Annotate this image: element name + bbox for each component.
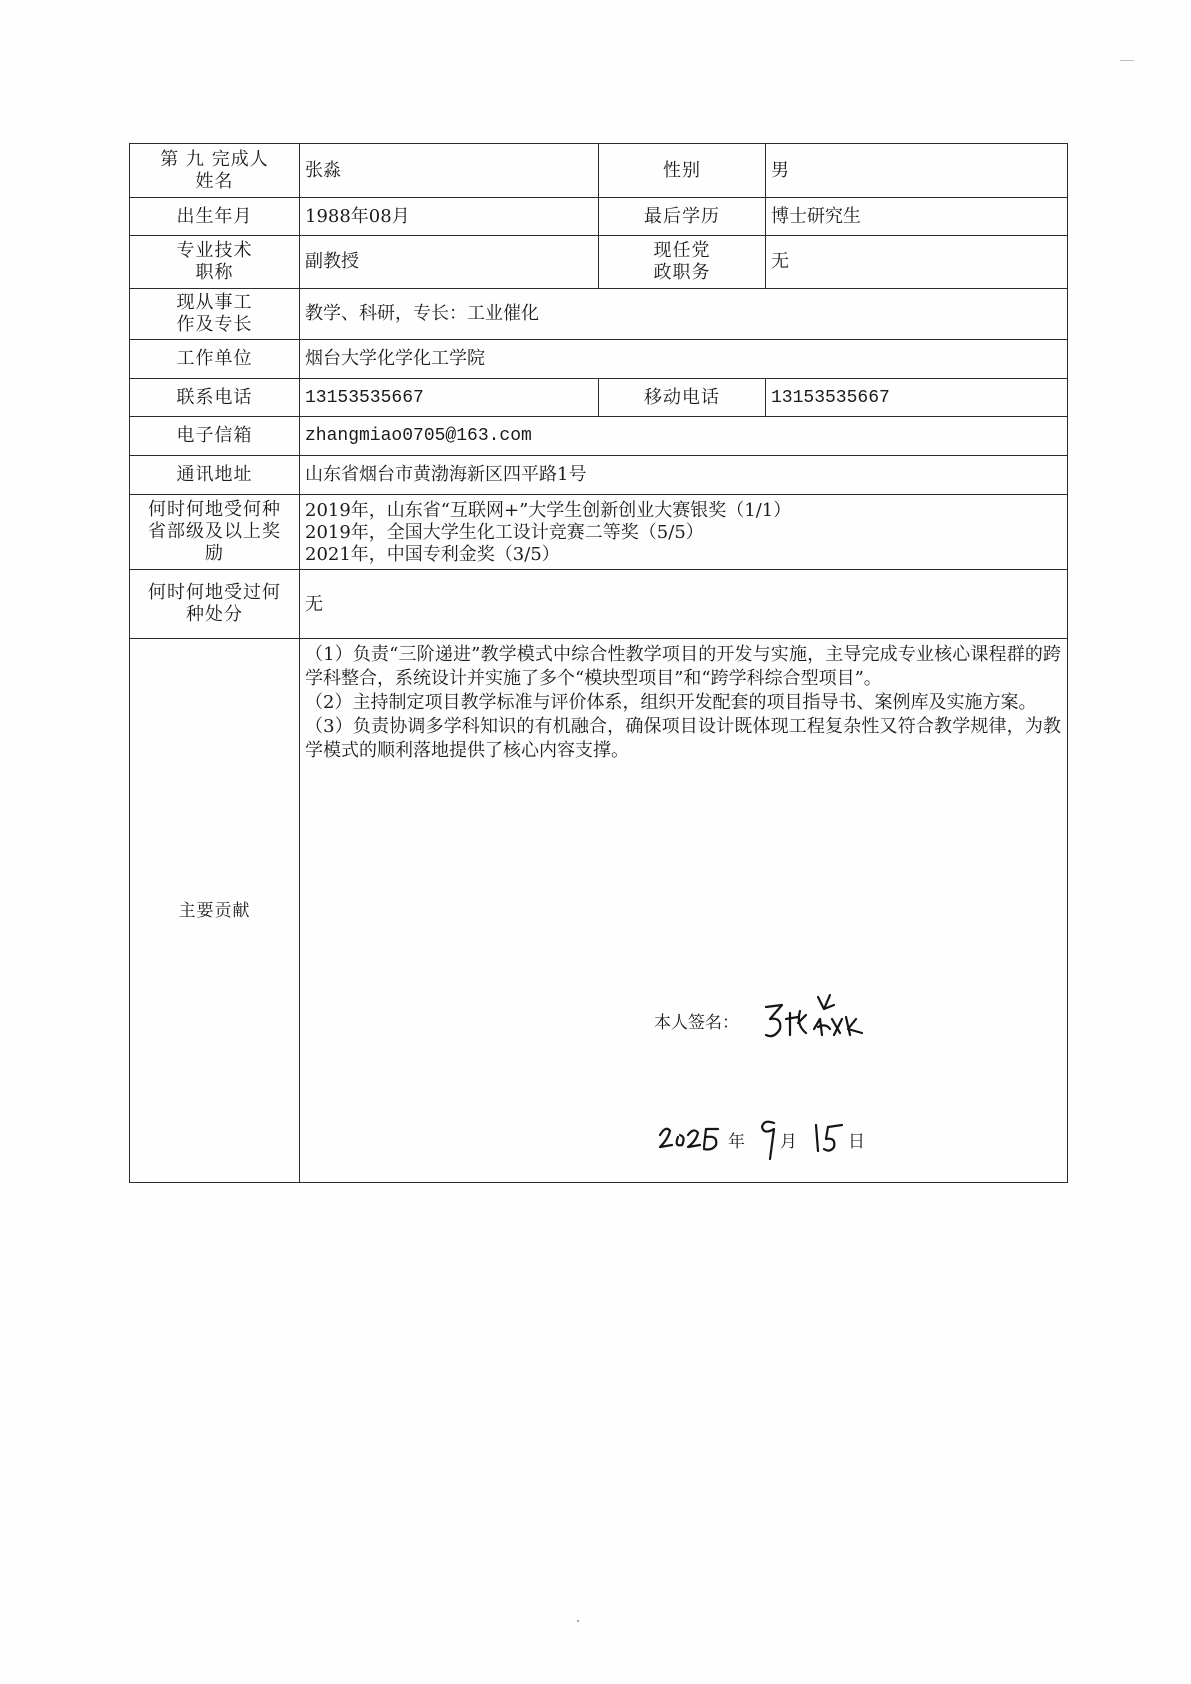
- row-birth: 出生年月 1988年08月 最后学历 博士研究生: [130, 198, 1068, 236]
- row-title: 专业技术 职称 副教授 现任党 政职务 无: [130, 236, 1068, 289]
- row-employer: 工作单位 烟台大学化学化工学院: [130, 340, 1068, 379]
- value-phone: 13153535667: [300, 379, 599, 417]
- label-gender: 性别: [599, 144, 766, 198]
- label-birth: 出生年月: [130, 198, 300, 236]
- contribution-paragraph: （3）负责协调多学科知识的有机融合，确保项目设计既体现工程复杂性又符合教学规律，…: [305, 715, 1061, 763]
- value-address: 山东省烟台市黄渤海新区四平路1号: [300, 456, 1068, 495]
- value-name: 张淼: [300, 144, 599, 198]
- scan-mark: [1120, 60, 1134, 61]
- contribution-paragraph: （2）主持制定项目教学标准与评价体系，组织开发配套的项目指导书、案例库及实施方案…: [305, 691, 1061, 715]
- value-mobile: 13153535667: [766, 379, 1068, 417]
- label-email: 电子信箱: [130, 417, 300, 456]
- completer-info-form: 第 九 完成人 姓名 张淼 性别 男 出生年月 1988年08月 最后学历 博士…: [129, 143, 1068, 1183]
- scan-speck: [577, 1620, 579, 1622]
- handwritten-signature: [760, 989, 870, 1049]
- label-mobile: 移动电话: [599, 379, 766, 417]
- signature-label: 本人签名：: [654, 1012, 739, 1034]
- row-email: 电子信箱 zhangmiao0705@163.com: [130, 417, 1068, 456]
- handwritten-year: [656, 1117, 728, 1157]
- label-address: 通讯地址: [130, 456, 300, 495]
- label-contribution: 主要贡献: [130, 639, 300, 1183]
- row-address: 通讯地址 山东省烟台市黄渤海新区四平路1号: [130, 456, 1068, 495]
- label-employer: 工作单位: [130, 340, 300, 379]
- value-work: 教学、科研，专长：工业催化: [300, 289, 1068, 340]
- row-awards: 何时何地受何种 省部级及以上奖 励 2019年，山东省“互联网+”大学生创新创业…: [130, 495, 1068, 570]
- row-contribution: 主要贡献 （1）负责“三阶递进”教学模式中综合性教学项目的开发与实施，主导完成专…: [130, 639, 1068, 1183]
- label-penalty: 何时何地受过何 种处分: [130, 570, 300, 639]
- label-phone: 联系电话: [130, 379, 300, 417]
- handwritten-day: [810, 1117, 846, 1157]
- label-education: 最后学历: [599, 198, 766, 236]
- row-penalty: 何时何地受过何 种处分 无: [130, 570, 1068, 639]
- value-party-post: 无: [766, 236, 1068, 289]
- label-work: 现从事工 作及专长: [130, 289, 300, 340]
- value-title: 副教授: [300, 236, 599, 289]
- value-contribution: （1）负责“三阶递进”教学模式中综合性教学项目的开发与实施，主导完成专业核心课程…: [300, 639, 1068, 1183]
- value-awards: 2019年，山东省“互联网+”大学生创新创业大赛银奖（1/1） 2019年，全国…: [300, 495, 1068, 570]
- value-birth: 1988年08月: [300, 198, 599, 236]
- award-item: 2019年，全国大学生化工设计竞赛二等奖（5/5）: [305, 522, 1067, 544]
- award-item: 2021年，中国专利金奖（3/5）: [305, 544, 1067, 566]
- label-awards: 何时何地受何种 省部级及以上奖 励: [130, 495, 300, 570]
- value-penalty: 无: [300, 570, 1068, 639]
- row-work: 现从事工 作及专长 教学、科研，专长：工业催化: [130, 289, 1068, 340]
- signature-date: 年 月 日: [656, 1109, 896, 1169]
- label-name: 第 九 完成人 姓名: [130, 144, 300, 198]
- value-gender: 男: [766, 144, 1068, 198]
- label-title: 专业技术 职称: [130, 236, 300, 289]
- handwritten-month: [758, 1113, 780, 1163]
- award-item: 2019年，山东省“互联网+”大学生创新创业大赛银奖（1/1）: [305, 500, 1067, 522]
- value-education: 博士研究生: [766, 198, 1068, 236]
- label-party-post: 现任党 政职务: [599, 236, 766, 289]
- value-employer: 烟台大学化学化工学院: [300, 340, 1068, 379]
- value-email: zhangmiao0705@163.com: [300, 417, 1068, 456]
- row-phone: 联系电话 13153535667 移动电话 13153535667: [130, 379, 1068, 417]
- row-name: 第 九 完成人 姓名 张淼 性别 男: [130, 144, 1068, 198]
- contribution-paragraph: （1）负责“三阶递进”教学模式中综合性教学项目的开发与实施，主导完成专业核心课程…: [305, 643, 1061, 691]
- document-page: 第 九 完成人 姓名 张淼 性别 男 出生年月 1988年08月 最后学历 博士…: [0, 0, 1191, 1684]
